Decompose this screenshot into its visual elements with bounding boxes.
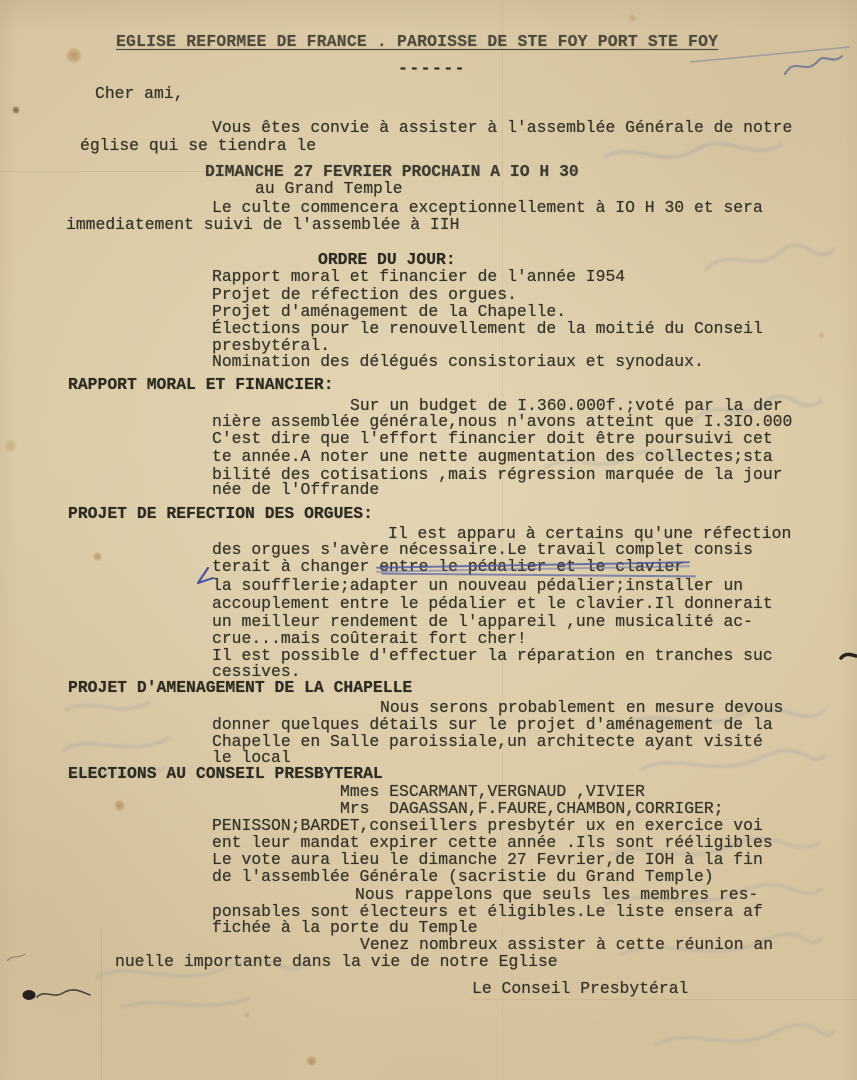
text-line: née de l'Offrande: [212, 481, 379, 498]
paper-crease-horizontal-bottom: [470, 999, 857, 1000]
section-heading-elections: ELECTIONS AU CONSEIL PRESBYTERAL: [68, 765, 383, 782]
line-with-strikethrough: terait à changer entre le pédalier et le…: [212, 558, 684, 575]
text-segment: Rapport moral et financier de l'année I9…: [212, 267, 625, 286]
strikethrough-text: entre le pédalier et le clavier: [379, 558, 684, 575]
foxing-stain: [306, 1056, 317, 1066]
margin-dash-mark: [840, 648, 857, 664]
bleed-through-mark: [600, 132, 790, 177]
signature: Le Conseil Presbytéral: [472, 980, 688, 997]
text-segment: PROJET DE REFECTION DES ORGUES:: [68, 504, 373, 523]
section-heading-organs: PROJET DE REFECTION DES ORGUES:: [68, 505, 373, 522]
text-line: un meilleur rendement de l'appareil ,une…: [212, 613, 753, 630]
foxing-stain: [66, 48, 82, 63]
text-line: nière assemblée générale,nous n'avons at…: [212, 413, 792, 430]
text-line: Rapport moral et financier de l'année I9…: [212, 268, 625, 285]
text-line: Projet d'aménagement de la Chapelle.: [212, 303, 566, 320]
text-line: ent leur mandat expirer cette année .Ils…: [212, 834, 773, 851]
text-segment: Le Conseil Presbytéral: [472, 979, 688, 998]
text-line: de l'assemblée Générale (sacristie du Gr…: [212, 868, 714, 885]
council-members-women: Mmes ESCARMANT,VERGNAUD ,VIVIER: [340, 783, 645, 800]
salutation: Cher ami,: [95, 85, 184, 102]
paper-crease-horizontal-top: [0, 171, 240, 172]
pencil-scribble: [5, 950, 29, 966]
text-line: Projet de réfection des orgues.: [212, 286, 517, 303]
letterhead-title: EGLISE REFORMEE DE FRANCE . PAROISSE DE …: [116, 33, 718, 50]
text-segment: Vous êtes convie à assister à l'assemblé…: [212, 118, 792, 137]
text-segment: Cher ami,: [95, 84, 184, 103]
text-segment: église qui se tiendra le: [80, 136, 316, 155]
text-segment: accouplement entre le pédalier et le cla…: [212, 594, 773, 613]
text-segment: de l'assemblée Générale (sacristie du Gr…: [212, 867, 714, 886]
text-segment: terait à changer: [212, 557, 379, 576]
section-heading-report: RAPPORT MORAL ET FINANCIER:: [68, 376, 334, 393]
text-segment: Nomination des délégués consistoriaux et…: [212, 352, 704, 371]
ink-speck: [12, 106, 20, 114]
text-line: C'est dire que l'effort financier doit ê…: [212, 430, 773, 447]
text-line: immediatement suivi de l'assemblée à IIH: [66, 216, 459, 233]
document-page: EGLISE REFORMEE DE FRANCE . PAROISSE DE …: [0, 0, 857, 1080]
section-heading-agenda: ORDRE DU JOUR:: [318, 251, 456, 268]
text-line: nuelle importante dans la vie de notre E…: [115, 953, 558, 970]
text-line: Chapelle en Salle paroissiale,un archite…: [212, 733, 763, 750]
divider-dashes: ------: [398, 60, 466, 77]
council-members-men: Mrs DAGASSAN,F.FAURE,CHAMBON,CORRIGER;: [340, 800, 724, 817]
text-line: te année.A noter une nette augmentation …: [212, 448, 773, 465]
text-line: la soufflerie;adapter un nouveau pédalie…: [212, 577, 743, 594]
text-segment: au Grand Temple: [255, 179, 403, 198]
text-line: donner quelques détails sur le projet d'…: [212, 716, 773, 733]
bleed-through-mark: [650, 1010, 840, 1070]
text-segment: RAPPORT MORAL ET FINANCIER:: [68, 375, 334, 394]
bleed-through-mark: [700, 230, 840, 290]
foxing-stain: [4, 440, 17, 452]
text-line: Nous serons probablement en mesure devou…: [380, 699, 783, 716]
text-segment: nuelle importante dans la vie de notre E…: [115, 952, 558, 971]
text-segment: PROJET D'AMENAGEMENT DE LA CHAPELLE: [68, 678, 412, 697]
text-segment: te année.A noter une nette augmentation …: [212, 447, 773, 466]
text-segment: immediatement suivi de l'assemblée à IIH: [66, 215, 459, 234]
text-line: Le vote aura lieu le dimanche 27 Fevrier…: [212, 851, 763, 868]
text-line: Élections pour le renouvellement de la m…: [212, 320, 763, 337]
text-line: Vous êtes convie à assister à l'assemblé…: [212, 119, 792, 136]
meeting-date-line: DIMANCHE 27 FEVRIER PROCHAIN A IO H 30: [205, 163, 579, 180]
foxing-stain: [93, 552, 102, 561]
meeting-place-line: au Grand Temple: [255, 180, 403, 197]
text-line: Venez nombreux assister à cette réunion …: [360, 936, 773, 953]
text-line: crue...mais coûterait fort cher!: [212, 630, 527, 647]
text-line: église qui se tiendra le: [80, 137, 316, 154]
text-line: des orgues s'avère nécessaire.Le travail…: [212, 541, 753, 558]
text-line: PENISSON;BARDET,conseillers presbytér ux…: [212, 817, 763, 834]
text-segment: ------: [398, 59, 466, 78]
foxing-stain: [114, 800, 125, 811]
text-segment: C'est dire que l'effort financier doit ê…: [212, 429, 773, 448]
text-line: fichée à la porte du Temple: [212, 919, 478, 936]
text-segment: la soufflerie;adapter un nouveau pédalie…: [212, 576, 743, 595]
foxing-stain: [628, 14, 637, 22]
ink-blot: [18, 980, 113, 1010]
section-heading-chapel: PROJET D'AMENAGEMENT DE LA CHAPELLE: [68, 679, 412, 696]
text-segment: née de l'Offrande: [212, 480, 379, 499]
text-segment: Chapelle en Salle paroissiale,un archite…: [212, 732, 763, 751]
text-line: accouplement entre le pédalier et le cla…: [212, 595, 773, 612]
text-segment: ELECTIONS AU CONSEIL PRESBYTERAL: [68, 764, 383, 783]
text-segment: EGLISE REFORMEE DE FRANCE . PAROISSE DE …: [116, 32, 718, 51]
text-line: Nomination des délégués consistoriaux et…: [212, 353, 704, 370]
text-line: Le culte commencera exceptionnellement à…: [212, 199, 763, 216]
foxing-stain: [818, 332, 825, 339]
text-line: Nous rappelons que seuls les membres res…: [355, 886, 758, 903]
